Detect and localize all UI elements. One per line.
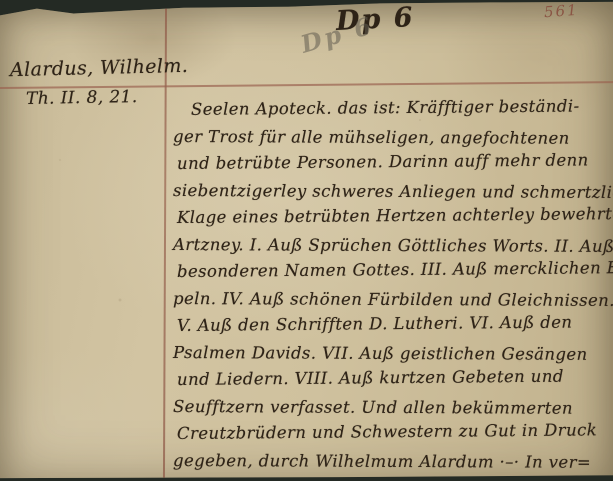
author-entry: Alardus, Wilhelm. <box>10 55 189 81</box>
shelfmark: Th. II. 8, 21. <box>26 87 138 109</box>
corner-number: 561 <box>543 1 579 21</box>
body-line: besonderen Namen Gottes. III. Auß merckl… <box>177 254 609 285</box>
body-line: Klage eines betrübten Hertzen achterley … <box>177 200 609 231</box>
catalog-card: Dp 6 Dp 6 561 Alardus, Wilhelm. Th. II. … <box>0 0 613 481</box>
body-line: gegeben, durch Wilhelmum Alardum ·–· In … <box>173 447 605 476</box>
photographed-catalog-card: { "card": { "call_number_ink": "Dp 6", "… <box>0 0 613 481</box>
title-transcription: Seelen Apoteck. das ist: Kräfftiger best… <box>177 96 609 474</box>
body-line: V. Auß den Schrifften D. Lutheri. VI. Au… <box>177 308 609 339</box>
body-line: und betrübte Personen. Darinn auff mehr … <box>177 146 609 177</box>
body-line: Seelen Apoteck. das ist: Kräfftiger best… <box>177 92 609 123</box>
body-line: und Liedern. VIII. Auß kurtzen Gebeten u… <box>177 362 609 393</box>
body-line: Creutzbrüdern und Schwestern zu Gut in D… <box>177 416 609 447</box>
